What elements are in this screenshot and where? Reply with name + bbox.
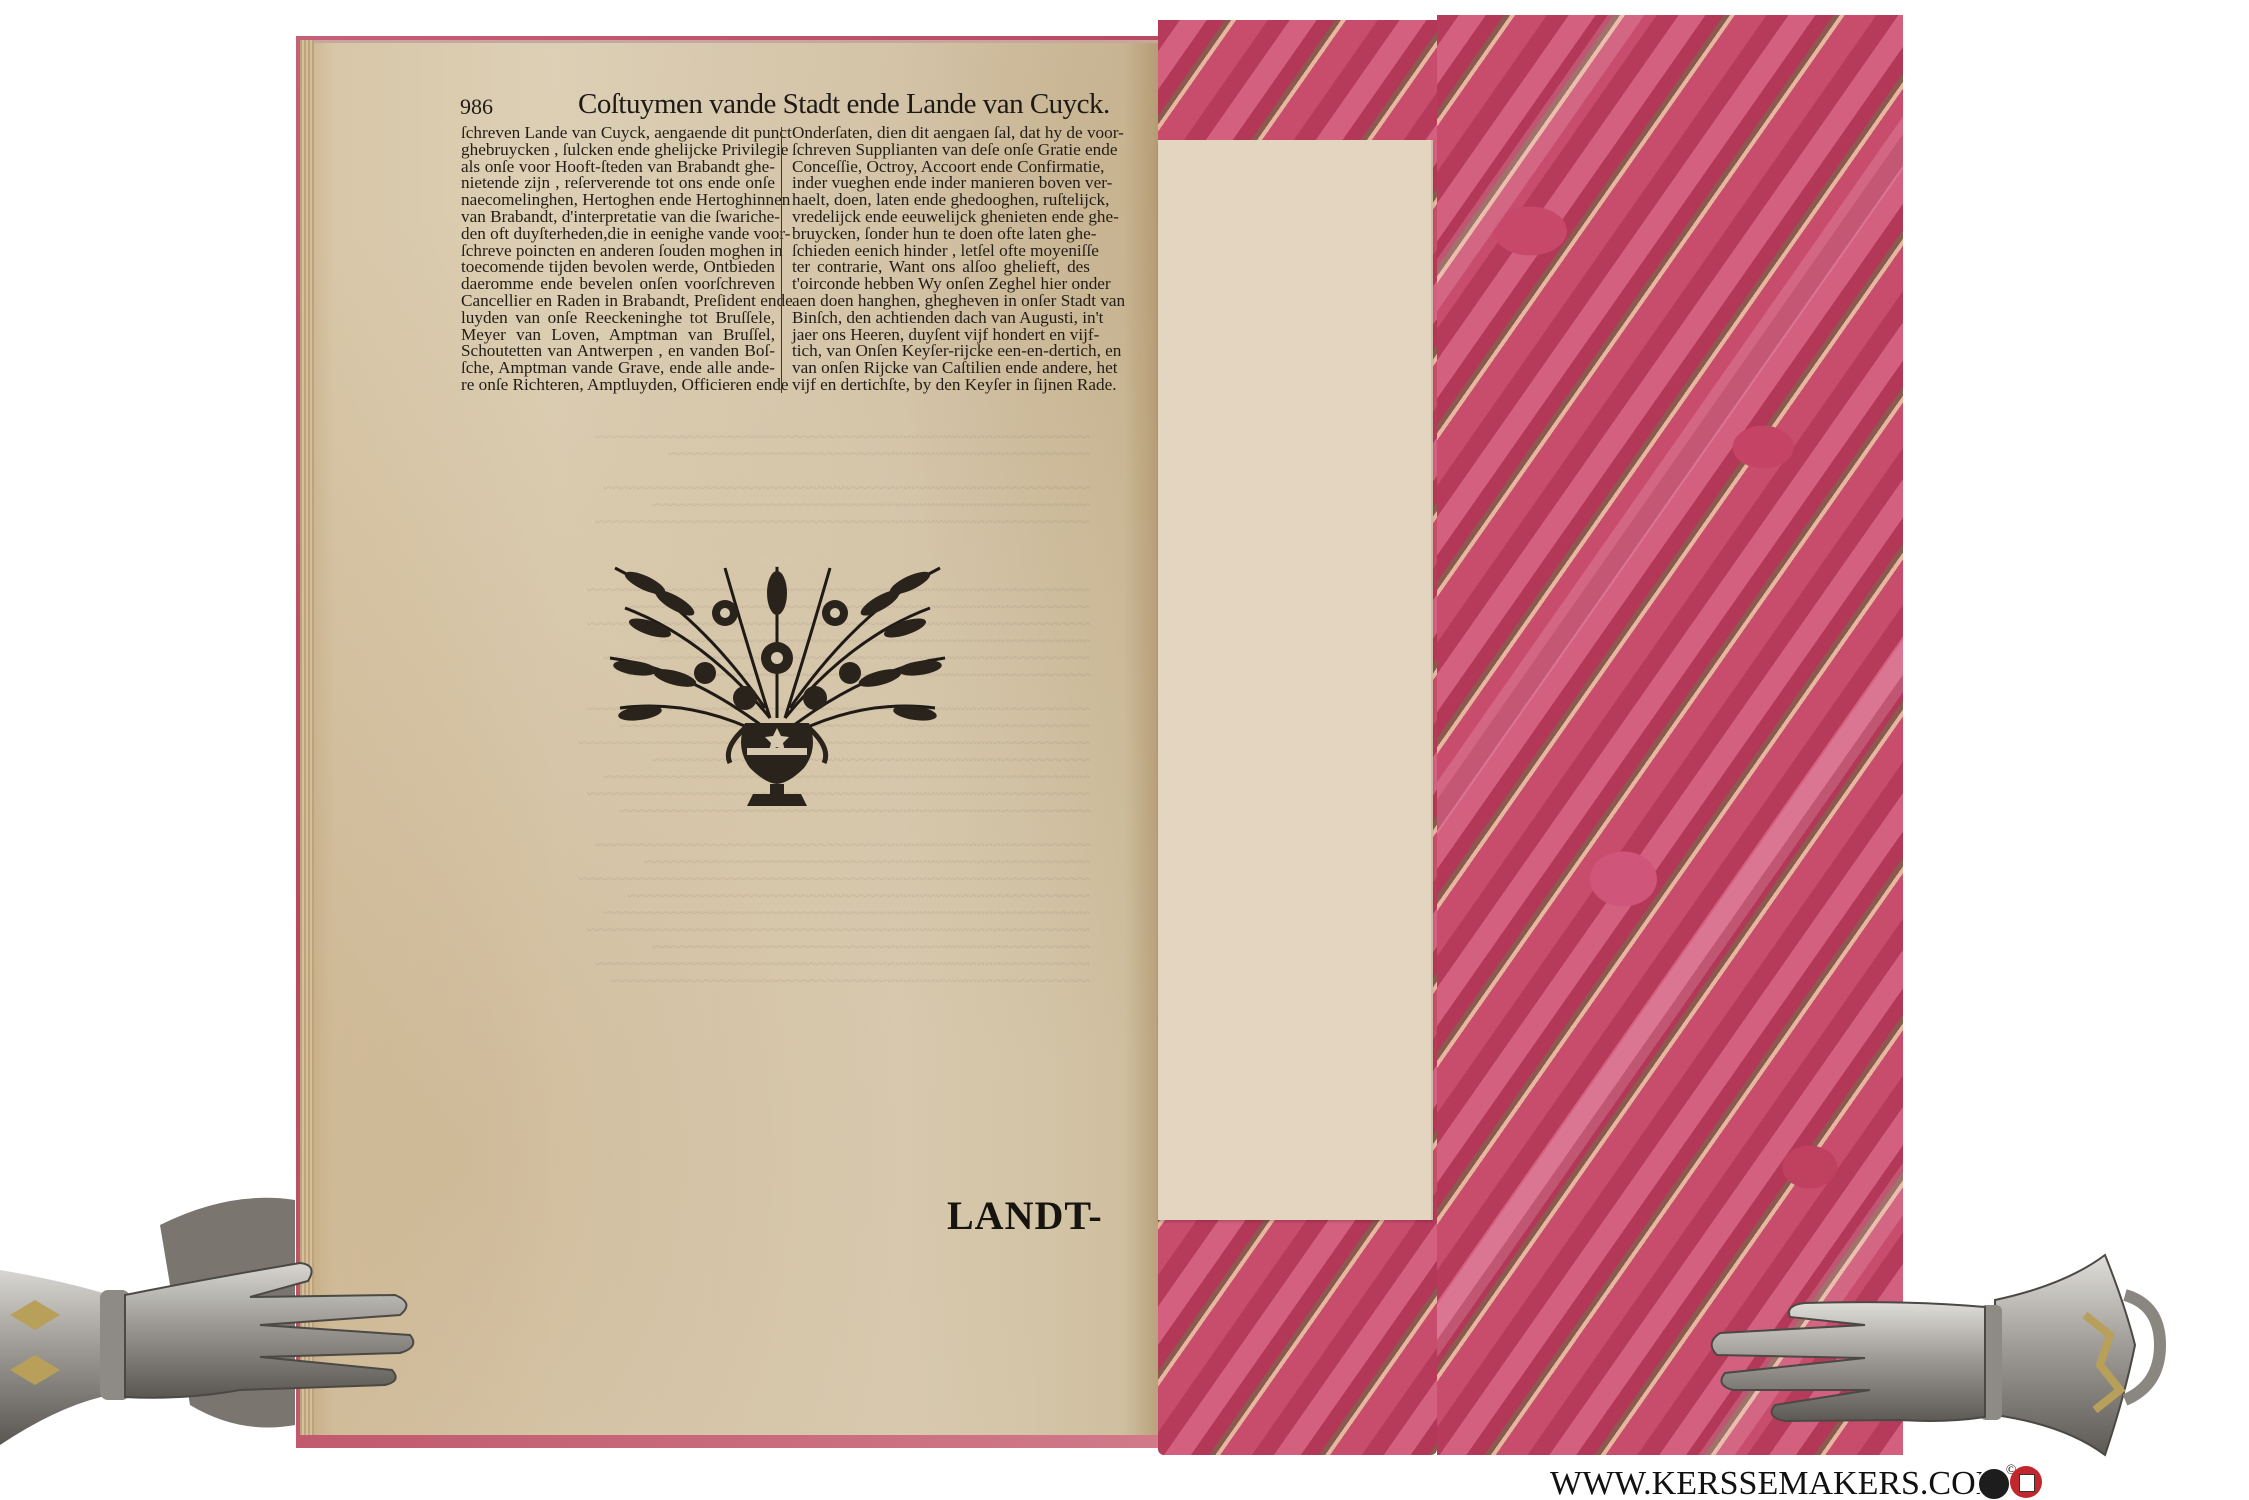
running-title: Coſtuymen vande Stadt ende Lande van Cuy…: [578, 88, 1110, 121]
text-line: vijf en dertichſte, by den Keyſer in ſij…: [792, 377, 1090, 394]
spine-label: [1158, 140, 1433, 1220]
hand-bookholder-left-icon: [0, 1185, 420, 1470]
watermark-url: WWW.KERSSEMAKERS.COM: [1550, 1465, 2006, 1500]
running-head: 986 Coſtuymen vande Stadt ende Lande van…: [460, 88, 1100, 118]
watermark-text: WWW.KERSSEMAKERS.COM©: [1550, 1465, 2017, 1500]
column-divider: [781, 127, 782, 393]
ilab-logo-icon: [2010, 1466, 2042, 1498]
hand-bookholder-right-icon: [1705, 1225, 2175, 1460]
catchword: LANDT-: [947, 1192, 1103, 1239]
text-column-right: Onderſaten, dien dit aengaen ſal, dat hy…: [792, 125, 1090, 394]
page-number: 986: [460, 94, 493, 120]
text-line: re onſe Richteren, Amptluyden, Officiere…: [461, 377, 775, 394]
text-column-left: ſchreven Lande van Cuyck, aengaende dit …: [461, 125, 775, 394]
woodcut-vase-icon: [605, 548, 950, 813]
nva-antiquarian-logo-icon: [1977, 1467, 2011, 1500]
